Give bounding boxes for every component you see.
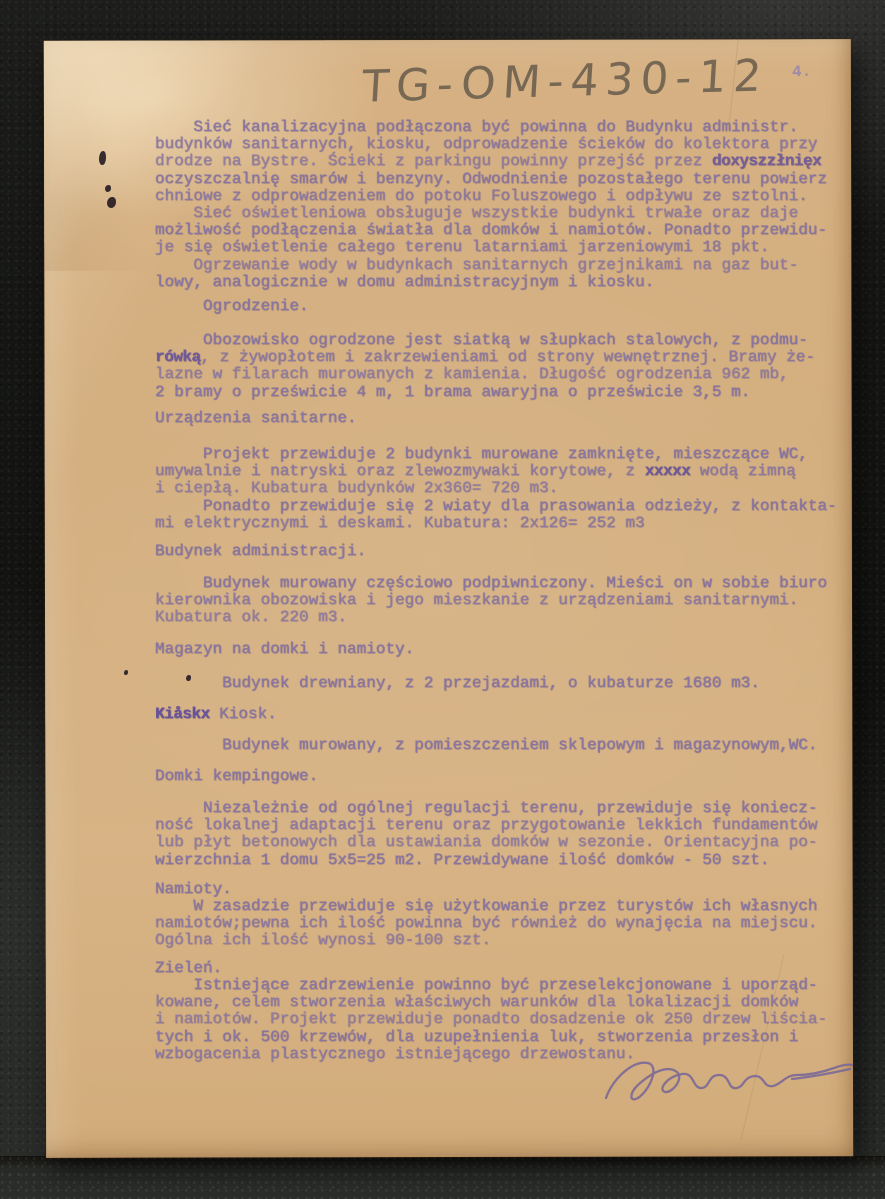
typed-line: Istniejące zadrzewienie powinno być prze…	[155, 977, 827, 994]
para-domki-kempingowe: Niezależnie od ogólnej regulacji terenu,…	[155, 800, 818, 869]
para-urzadzenia-sanitarne: Projekt przewiduje 2 budynki murowane za…	[155, 446, 837, 532]
typed-line: Niezależnie od ogólnej regulacji terenu,…	[155, 800, 818, 817]
heading-domki-kempingowe: Domki kempingowe.	[155, 768, 318, 785]
heading-ogrodzenie: Ogrodzenie.	[155, 298, 309, 315]
typed-line: chniowe z odprowadzeniem do potoku Folus…	[155, 188, 827, 205]
typed-line: 2 bramy o prześwicie 4 m, 1 brama awaryj…	[155, 384, 815, 401]
typed-line: Zieleń.	[155, 960, 222, 977]
typed-line: Budynek drewniany, z 2 przejazdami, o ku…	[155, 675, 760, 692]
typed-line: lub płyt betonowych dla ustawiania domkó…	[155, 834, 818, 851]
para-magazyn: Budynek drewniany, z 2 przejazdami, o ku…	[155, 675, 760, 692]
para-kiosk: Budynek murowany, z pomieszczeniem sklep…	[155, 737, 818, 754]
typed-line: ność lokalnej adaptacji terenu oraz przy…	[155, 817, 818, 834]
typed-line: tych i ok. 500 krzewów, dla uzupełnienia…	[155, 1029, 827, 1046]
typed-line: mi elektrycznymi i deskami. Kubatura: 2x…	[155, 515, 837, 532]
typewritten-text-layer: Sieć kanalizacyjna podłączona być powinn…	[0, 0, 885, 1199]
para-namioty: W zasadzie przewiduje się użytkowanie pr…	[155, 898, 818, 950]
typed-line: Ogólna ich ilość wynosi 90-100 szt.	[155, 932, 818, 949]
para-budynek-administracji: Budynek murowany częściowo podpiwniczony…	[155, 575, 827, 627]
typed-line: drodze na Bystre. Ścieki z parkingu powi…	[155, 153, 827, 170]
typed-line: Sieć kanalizacyjna podłączona być powinn…	[155, 119, 827, 136]
typed-line: Projekt przewiduje 2 budynki murowane za…	[155, 446, 837, 463]
typed-line: Domki kempingowe.	[155, 768, 318, 785]
scanned-document-page: { "page": { "code_header": "TG-OM-430-12…	[0, 0, 885, 1199]
typed-line: budynków sanitarnych, kiosku, odprowadze…	[155, 136, 827, 153]
para-siec-kanalizacyjna: Sieć kanalizacyjna podłączona być powinn…	[155, 119, 827, 291]
typed-line: namiotów;pewna ich ilość powinna być rów…	[155, 915, 818, 932]
typed-line: Budynek murowany częściowo podpiwniczony…	[155, 575, 827, 592]
typed-line: możliwość podłączenia światła dla domków…	[155, 222, 827, 239]
typed-line: lowy, analogicznie w domu administracyjn…	[155, 274, 827, 291]
typed-line: wierzchnia 1 domu 5x5=25 m2. Przewidywan…	[155, 852, 818, 869]
typed-line: Sieć oświetleniowa obsługuje wszystkie b…	[155, 205, 827, 222]
heading-urzadzenia-sanitarne: Urządzenia sanitarne.	[155, 410, 357, 427]
typed-line: kowane, celem stworzenia właściwych waru…	[155, 994, 827, 1011]
typed-line: i ciepłą. Kubatura budynków 2x360= 720 m…	[155, 480, 837, 497]
typed-line: Kubatura ok. 220 m3.	[155, 609, 827, 626]
heading-zielen: Zieleń.	[155, 960, 222, 977]
heading-namioty: Namioty.	[155, 881, 232, 898]
typed-line: lazne w filarach murowanych z kamienia. …	[155, 366, 815, 383]
typed-line: Ponadto przewiduje się 2 wiaty dla praso…	[155, 498, 837, 515]
typed-line: Budynek murowany, z pomieszczeniem sklep…	[155, 737, 818, 754]
typed-line: W zasadzie przewiduje się użytkowanie pr…	[155, 898, 818, 915]
typed-line: je się oświetlenie całego terenu latarni…	[155, 239, 827, 256]
typed-line: kierownika obozowiska i jego mieszkanie …	[155, 592, 827, 609]
typed-line: Kiåskx Kiosk.	[155, 706, 277, 723]
signature-scrawl	[596, 1046, 860, 1118]
typed-line: Ogrodzenie.	[155, 298, 309, 315]
para-ogrodzenie: Obozowisko ogrodzone jest siatką w słupk…	[155, 332, 815, 401]
typed-line: rówką, z żywopłotem i zakrzewieniami od …	[155, 349, 815, 366]
typed-line: Obozowisko ogrodzone jest siatką w słupk…	[155, 332, 815, 349]
heading-budynek-administracji: Budynek administracji.	[155, 543, 366, 560]
typed-line: Namioty.	[155, 881, 232, 898]
typed-line: Urządzenia sanitarne.	[155, 410, 357, 427]
typed-line: Budynek administracji.	[155, 543, 366, 560]
typed-line: Ogrzewanie wody w budynkach sanitarnych …	[155, 257, 827, 274]
heading-magazyn: Magazyn na domki i namioty.	[155, 641, 414, 658]
typed-line: umywalnie i natryski oraz zlewozmywaki k…	[155, 463, 837, 480]
page-number: 4.	[792, 63, 812, 82]
heading-kiosk: Kiåskx Kiosk.	[155, 706, 277, 723]
typed-line: i namiotów. Projekt przewiduje ponadto d…	[155, 1011, 827, 1028]
typed-line: Magazyn na domki i namioty.	[155, 641, 414, 658]
typed-line: oczyszczalnię smarów i benzyny. Odwodnie…	[155, 171, 827, 188]
